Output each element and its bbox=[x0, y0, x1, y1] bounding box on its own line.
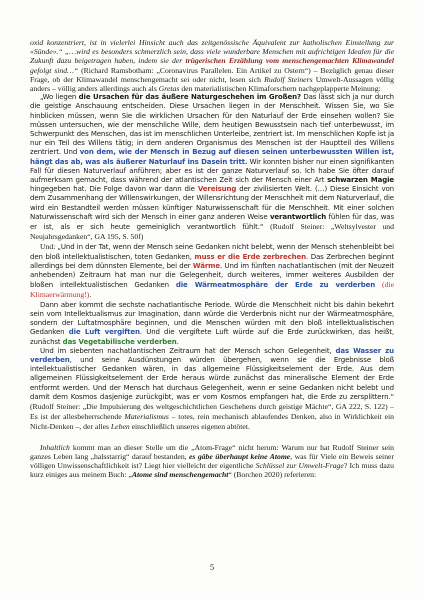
emphasis-waerme: Wärme bbox=[193, 262, 220, 270]
page-content: oxid konzentriert, ist in vielerlei Hins… bbox=[30, 38, 394, 479]
emphasis-waermeatmosphaere: die Wärmeatmosphäre der Erde zu verderbe… bbox=[176, 281, 375, 289]
emphasis-keine-atome: es gäbe überhaupt keine Atome bbox=[189, 452, 290, 461]
text-run: . bbox=[89, 290, 91, 299]
emphasis-verantwortlich: verantwortlich bbox=[270, 213, 326, 221]
paragraph-steiner-quote-ga222: Und: „Und in der Tat, wenn der Mensch se… bbox=[30, 242, 394, 300]
paragraph-siebenter-zeitraum: Und im siebenten nachatlantischen Zeitra… bbox=[30, 347, 394, 433]
emphasis-klimawandel: trügerischen Erzählung vom menschengemac… bbox=[186, 56, 395, 65]
text-run: “ (Borchen 2020) referieren: bbox=[228, 470, 316, 479]
text-run: Rudolf Steiners bbox=[264, 75, 312, 84]
text-run bbox=[375, 281, 382, 289]
text-run: Das lässt sich ja nur durch die geistige… bbox=[30, 93, 394, 156]
text-run: den materialistischen Klimaforschern nac… bbox=[179, 84, 380, 93]
emphasis-vegetabilische: das Vegetabilische verderben bbox=[63, 338, 177, 346]
text-run: einschließlich unseres eigenen abtötet. bbox=[130, 422, 250, 431]
emphasis-luft-vergiften: die Luft vergiften bbox=[69, 328, 140, 336]
text-run: „Wo liegen bbox=[40, 93, 79, 101]
text-run: gefolgt sind…“ bbox=[30, 66, 81, 75]
text-run: hingegeben hat. Die Folge davon war dann… bbox=[30, 185, 198, 193]
text-run: . bbox=[177, 338, 179, 346]
document-page: oxid konzentriert, ist in vielerlei Hins… bbox=[0, 0, 424, 600]
page-number: 5 bbox=[0, 562, 424, 572]
text-run: Und: bbox=[40, 242, 57, 251]
text-run: Inhaltlich bbox=[40, 443, 70, 452]
paragraph-ramsbotham-quote: oxid konzentriert, ist in vielerlei Hins… bbox=[30, 38, 394, 93]
emphasis-ursachen: die Ursachen für das äußere Naturgescheh… bbox=[79, 93, 301, 101]
text-run: Leben bbox=[111, 422, 130, 431]
paragraph-steiner-quote-ga195: „Wo liegen die Ursachen für das äußere N… bbox=[30, 93, 394, 242]
emphasis-schluessel: Schlüssel zur Umwelt-Frage bbox=[256, 461, 344, 470]
text-run: Materialismus bbox=[124, 412, 168, 421]
text-run: Und im siebenten nachatlantischen Zeitra… bbox=[40, 347, 335, 355]
emphasis-schwarze-magie: schwarzen Magie bbox=[327, 176, 394, 184]
book-title: Atome sind menschengemacht bbox=[132, 470, 229, 479]
emphasis-erde-zerbrechen: muss er die Erde zerbrechen bbox=[194, 253, 306, 261]
paragraph-sechste-periode: Dann aber kommt die sechste nachatlantis… bbox=[30, 301, 394, 347]
text-run: , und seine Ausdünstungen würden übergeh… bbox=[30, 356, 394, 401]
emphasis-vereisung: Vereisung bbox=[198, 185, 236, 193]
paragraph-atom-frage: Inhaltlich kommt man an dieser Stelle um… bbox=[30, 443, 394, 480]
text-run: Gretas bbox=[159, 84, 180, 93]
